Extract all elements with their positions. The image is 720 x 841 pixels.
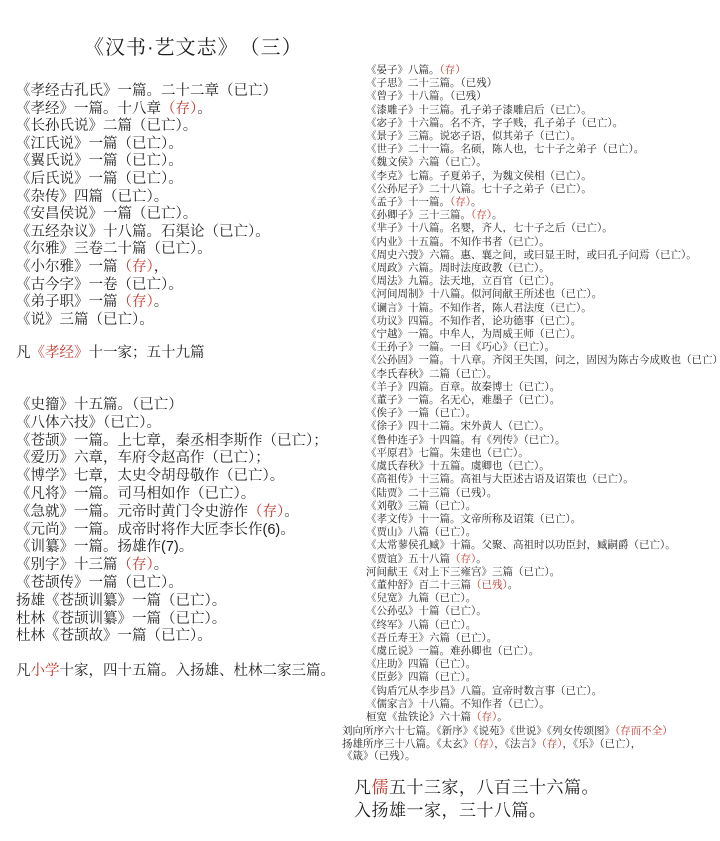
text-line: 《虞氏春秋》十五篇。虞卿也（已亡）。	[366, 460, 720, 473]
text-segment: 《臣彭》四篇（已亡）。	[366, 671, 476, 683]
text-segment: 《杂传》四篇（已亡）。	[16, 189, 168, 205]
text-segment: 《孝文传》十一篇。文帝所称及诏策（已亡）。	[366, 513, 581, 525]
text-segment: 。	[508, 579, 519, 591]
text-segment: 《后氏说》一篇（已亡）。	[16, 171, 183, 187]
text-segment: 《安昌侯说》一篇（已亡）。	[16, 206, 197, 222]
text-line: 《博学》七章，太史令胡母敬作（已亡）。	[16, 468, 328, 486]
text-segment: 《芈子》十八篇。名婴，齐人，七十子之后（已亡）。	[366, 222, 613, 234]
text-segment: 《贾山》八篇（已亡）。	[366, 526, 476, 538]
text-segment: 《晏子》八篇。	[366, 64, 440, 76]
text-segment: 《景子》三篇。说宓子语，似其弟子（已亡）。	[366, 130, 581, 142]
text-segment: 《训纂》一篇。扬雄作(7)。	[16, 539, 193, 555]
text-line: 《王孙子》一篇。一曰《巧心》（已亡）。	[366, 341, 720, 354]
text-segment: 《河间周制》十八篇。似河间献王所述也（已亡）。	[366, 288, 602, 300]
text-line: 《杂传》四篇（已亡）。	[16, 189, 277, 207]
status-annotation-red: （存）	[118, 259, 154, 275]
status-annotation-red: （存而不全）	[615, 725, 673, 737]
text-line: 《曾子》十八篇。（已残）	[366, 90, 720, 103]
text-segment: 《弟子职》一篇	[16, 294, 118, 310]
text-segment: 《兒宽》九篇（已亡）。	[366, 592, 476, 604]
xiaoxue-summary: 凡小学十家，四十五篇。入扬雄、杜林二家三篇。	[16, 662, 335, 680]
text-segment: 《凡将》一篇。司马相如作（已亡）。	[16, 486, 255, 502]
text-line: 《贾谊》五十八篇（存）。	[366, 553, 720, 566]
status-annotation-red: （存）	[440, 64, 466, 76]
text-segment: 《虞氏春秋》十五篇。虞卿也（已亡）。	[366, 460, 550, 472]
text-segment: 凡	[16, 345, 31, 361]
text-segment: 《魏文侯》六篇（已亡）。	[366, 156, 487, 168]
text-line: 《说》三篇（已亡）。	[16, 312, 277, 330]
text-segment: 《陆贾》二十三篇（已残）。	[366, 487, 497, 499]
text-segment: 杜林《苍颉训纂》一篇（已亡）。	[16, 611, 226, 627]
text-line: 《尔雅》三卷二十篇（已亡）。	[16, 241, 277, 259]
text-segment: 《尔雅》三卷二十篇（已亡）。	[16, 241, 212, 257]
ru-school-entry-list: 《晏子》八篇。（存）《子思》二十三篇。（已残）《曾子》十八篇。（已残）《漆雕子》…	[366, 64, 720, 724]
text-segment: 《钩盾冗从李步昌》八篇。宣帝时数言事（已亡）。	[366, 685, 602, 697]
text-line: 《孝经古孔氏》一篇。二十二章（已亡）	[16, 83, 277, 101]
text-segment: 《曾子》十八篇。（已残）	[366, 90, 487, 102]
text-segment: 《古今字》一卷（已亡）。	[16, 277, 183, 293]
text-line: 《孝经》一篇。十八章（存）。	[16, 101, 277, 119]
text-line: 《漆雕子》十三篇。孔子弟子漆雕启后（已亡）。	[366, 104, 720, 117]
text-segment: 《说》三篇（已亡）。	[16, 312, 154, 328]
text-segment: 《史籀》十五篇。（已亡）	[16, 397, 183, 413]
text-line: 《别字》十三篇（存）。	[16, 557, 328, 575]
text-segment: 《王孙子》一篇。一曰《巧心》（已亡）。	[366, 341, 555, 353]
text-segment: 。	[154, 294, 169, 310]
text-segment: 。	[497, 711, 508, 723]
status-annotation-red: 儒	[372, 778, 390, 797]
text-segment: 《公孙尼子》二十八篇。七十子之弟子（已亡）。	[366, 183, 592, 195]
liuxiang-yangxiong-collection-lines: 刘向所序六十七篇。《新序》《说苑》《世说》《列女传颂图》（存而不全）扬雄所序三十…	[342, 725, 673, 763]
status-annotation-red: 小学	[31, 663, 60, 679]
status-annotation-red: （存）	[471, 711, 497, 723]
text-segment: 《李氏春秋》二篇（已亡）。	[366, 368, 497, 380]
text-line: 《爱历》六章，车府令赵高作（已亡）；	[16, 450, 328, 468]
text-line: 刘向所序六十七篇。《新序》《说苑》《世说》《列女传颂图》（存而不全）	[342, 725, 673, 738]
text-line: 《五经杂议》十八篇。石渠论（已亡）。	[16, 224, 277, 242]
text-line: 凡儒五十三家，八百三十六篇。	[354, 777, 599, 800]
text-line: 《吾丘寿王》六篇（已亡）。	[366, 632, 720, 645]
text-segment: 河间献王《对上下三雍宫》三篇（已亡）。	[366, 566, 560, 578]
text-segment: 《孝经古孔氏》一篇。二十二章（已亡）	[16, 83, 277, 99]
text-segment: 《苍颉传》一篇（已亡）。	[16, 575, 183, 591]
text-segment: 《羊子》四篇。百章。故秦博士（已亡）。	[366, 381, 560, 393]
text-segment: 《急就》一篇。元帝时黄门令史游作	[16, 504, 248, 520]
text-segment: 《别字》十三篇	[16, 557, 118, 573]
ru-school-summary: 凡儒五十三家，八百三十六篇。入扬雄一家，三十八篇。	[354, 777, 599, 822]
text-segment: 《董仲舒》百二十三篇	[366, 579, 471, 591]
text-line: 《安昌侯说》一篇（已亡）。	[16, 206, 277, 224]
text-line: 《苍颉传》一篇（已亡）。	[16, 575, 328, 593]
text-line: 河间献王《对上下三雍宫》三篇（已亡）。	[366, 566, 720, 579]
text-segment: 《庄助》四篇（已亡）。	[366, 658, 476, 670]
text-line: 《古今字》一卷（已亡）。	[16, 277, 277, 295]
text-line: 《凡将》一篇。司马相如作（已亡）。	[16, 486, 328, 504]
text-line: 《董仲舒》百二十三篇（已残）。	[366, 579, 720, 592]
text-line: 《训纂》一篇。扬雄作(7)。	[16, 539, 328, 557]
page-title: 《汉书·艺文志》 （三）	[84, 31, 303, 60]
text-line: 《子思》二十三篇。（已残）	[366, 77, 720, 90]
text-segment: 《翼氏说》一篇（已亡）。	[16, 153, 183, 169]
text-line: 《江氏说》一篇（已亡）。	[16, 136, 277, 154]
xiaojing-summary: 凡《孝经》十一家；五十九篇	[16, 344, 205, 362]
text-line: 《徐子》四十二篇。宋外黄人（已亡）。	[366, 420, 720, 433]
text-line: 《孝文传》十一篇。文帝所称及诏策（已亡）。	[366, 513, 720, 526]
text-line: 《李氏春秋》二篇（已亡）。	[366, 368, 720, 381]
text-line: 《儒家言》十八篇。不知作者（已亡）。	[366, 698, 720, 711]
text-line: 《俟子》一篇（已亡）。	[366, 407, 720, 420]
text-segment: 《周政》六篇。周时法度政教（已亡）。	[366, 262, 550, 274]
text-line: 《谰言》十篇。不知作者，陈人君法度（已亡）。	[366, 302, 720, 315]
text-line: 《羊子》四篇。百章。故秦博士（已亡）。	[366, 381, 720, 394]
status-annotation-red: （存）	[248, 504, 284, 520]
text-line: 《周政》六篇。周时法度政教（已亡）。	[366, 262, 720, 275]
status-annotation-red: （存）	[161, 101, 197, 117]
text-segment: 。	[154, 557, 169, 573]
text-line: 《董子》一篇。名无心，难墨子（已亡）。	[366, 394, 720, 407]
text-segment: 桓宽《盐铁论》六十篇	[366, 711, 471, 723]
text-segment: 《刘敬》三篇（已亡）。	[366, 500, 476, 512]
text-line: 《八体六技》（已亡）。	[16, 415, 328, 433]
text-segment: 《虞丘说》一篇。难孙卿也（已亡）。	[366, 645, 539, 657]
text-segment: 《五经杂议》十八篇。石渠论（已亡）。	[16, 224, 270, 240]
status-annotation-red: （存）	[471, 209, 492, 221]
text-segment: 《太常蓼侯孔臧》十篇。父聚、高祖时以功臣封，臧嗣爵（已亡）。	[366, 539, 676, 551]
text-segment: 凡	[354, 778, 372, 797]
text-line: 《公孙固》一篇。十八章。齐闵王失国，问之，固因为陈古今成败也（已亡）	[366, 354, 720, 367]
text-segment: 《长孙氏说》二篇（已亡）。	[16, 118, 197, 134]
status-annotation-red: 《孝经》	[31, 345, 89, 361]
text-line: 《鲁仲连子》十四篇。有《列传》（已亡）。	[366, 434, 720, 447]
text-segment: 《董子》一篇。名无心，难墨子（已亡）。	[366, 394, 560, 406]
text-segment: 。	[197, 101, 212, 117]
text-line: 《晏子》八篇。（存）	[366, 64, 720, 77]
text-line: 《内业》十五篇。不知作书者（已亡）。	[366, 236, 720, 249]
text-segment: 《吾丘寿王》六篇（已亡）。	[366, 632, 497, 644]
text-segment: 《孙卿子》三十三篇。	[366, 209, 471, 221]
status-annotation-red: （存）	[542, 738, 563, 750]
text-segment: 《谰言》十篇。不知作者，陈人君法度（已亡）。	[366, 302, 592, 314]
text-segment: 《小尔雅》一篇	[16, 259, 118, 275]
text-segment: 《八体六技》（已亡）。	[16, 415, 161, 431]
text-segment: 《子思》二十三篇。（已残）	[366, 77, 497, 89]
text-line: 《急就》一篇。元帝时黄门令史游作（存）。	[16, 504, 328, 522]
text-line: 《公孙弘》十篇（已亡）。	[366, 605, 720, 618]
text-line: 《后氏说》一篇（已亡）。	[16, 171, 277, 189]
status-annotation-red: （存）	[118, 294, 154, 310]
text-line: 凡《孝经》十一家；五十九篇	[16, 344, 205, 362]
text-line: 《小尔雅》一篇（存），	[16, 259, 277, 277]
text-line: 《终军》八篇（已亡）。	[366, 619, 720, 632]
text-segment: 十家，四十五篇。入扬雄、杜林二家三篇。	[60, 663, 336, 679]
text-segment: 《爱历》六章，车府令赵高作（已亡）；	[16, 450, 270, 466]
text-segment: 《内业》十五篇。不知作书者（已亡）。	[366, 236, 550, 248]
xiaoxue-section-list: 《史籀》十五篇。（已亡）《八体六技》（已亡）。《苍颉》一篇。上七章，秦丞相李斯作…	[16, 397, 328, 646]
text-line: 《翼氏说》一篇（已亡）。	[16, 153, 277, 171]
text-segment: 《公孙弘》十篇（已亡）。	[366, 605, 487, 617]
text-segment: 《宁越》一篇。中牟人，为周威王师（已亡）。	[366, 328, 581, 340]
text-line: 凡小学十家，四十五篇。入扬雄、杜林二家三篇。	[16, 662, 335, 680]
text-segment: 。	[492, 209, 503, 221]
text-line: 《宁越》一篇。中牟人，为周威王师（已亡）。	[366, 328, 720, 341]
text-segment: 《宓子》十六篇。名不齐，字子贱，孔子弟子（已亡）。	[366, 117, 623, 129]
text-segment: 《苍颉》一篇。上七章，秦丞相李斯作（已亡）；	[16, 433, 328, 449]
text-segment: 十一家；五十九篇	[89, 345, 205, 361]
text-line: 扬雄《苍颉训纂》一篇（已亡）。	[16, 593, 328, 611]
text-line: 《孙卿子》三十三篇。（存）。	[366, 209, 720, 222]
text-segment: 《周法》九篇。法天地，立百官（已亡）。	[366, 275, 560, 287]
text-segment: 《徐子》四十二篇。宋外黄人（已亡）。	[366, 420, 550, 432]
text-line: 入扬雄一家，三十八篇。	[354, 800, 599, 823]
status-annotation-red: （存）	[450, 553, 476, 565]
text-segment: 《孟子》十一篇。	[366, 196, 450, 208]
text-line: 《弟子职》一篇（存）。	[16, 294, 277, 312]
text-line: 《魏文侯》六篇（已亡）。	[366, 156, 720, 169]
text-line: 《臣彭》四篇（已亡）。	[366, 671, 720, 684]
text-segment: 杜林《苍颉故》一篇（已亡）。	[16, 628, 212, 644]
text-line: 《公孙尼子》二十八篇。七十子之弟子（已亡）。	[366, 183, 720, 196]
text-line: 《兒宽》九篇（已亡）。	[366, 592, 720, 605]
text-segment: 《李克》七篇。子夏弟子，为魏文侯相（已亡）。	[366, 170, 592, 182]
text-segment: 《高祖传》十三篇。高祖与大臣述古语及诏策也（已亡）。	[366, 473, 634, 485]
status-annotation-red: （存）	[473, 738, 494, 750]
text-segment: ，《法言》	[494, 738, 541, 750]
text-segment: 。	[471, 196, 482, 208]
text-segment: 《儒家言》十八篇。不知作者（已亡）。	[366, 698, 550, 710]
text-segment: 刘向所序六十七篇。《新序》《说苑》《世说》《列女传颂图》	[342, 725, 615, 737]
text-line: 扬雄所序三十八篇。《太玄》（存），《法言》（存），《乐》（已亡），	[342, 738, 673, 751]
text-segment: 《功议》四篇。不知作者，论功德事（已亡）。	[366, 315, 581, 327]
text-segment: 扬雄《苍颉训纂》一篇（已亡）。	[16, 593, 226, 609]
document-page: 《汉书·艺文志》 （三） 《孝经古孔氏》一篇。二十二章（已亡）《孝经》一篇。十八…	[0, 0, 720, 841]
text-segment: 《江氏说》一篇（已亡）。	[16, 136, 183, 152]
text-line: 《世子》二十一篇。名硕，陈人也，七十子之弟子（已亡）。	[366, 143, 720, 156]
text-line: 《虞丘说》一篇。难孙卿也（已亡）。	[366, 645, 720, 658]
text-line: 《高祖传》十三篇。高祖与大臣述古语及诏策也（已亡）。	[366, 473, 720, 486]
text-line: 《庄助》四篇（已亡）。	[366, 658, 720, 671]
xiaojing-section-list: 《孝经古孔氏》一篇。二十二章（已亡）《孝经》一篇。十八章（存）。《长孙氏说》二篇…	[16, 83, 277, 329]
text-segment: 。	[476, 553, 487, 565]
text-line: 《刘敬》三篇（已亡）。	[366, 500, 720, 513]
text-line: 桓宽《盐铁论》六十篇（存）。	[366, 711, 720, 724]
text-line: 《元尚》一篇。成帝时将作大匠李长作(6)。	[16, 522, 328, 540]
text-segment: 《贾谊》五十八篇	[366, 553, 450, 565]
status-annotation-red: （存）	[450, 196, 471, 208]
text-line: 《周史六弢》六篇。惠、襄之间，或曰显王时，或曰孔子问焉（已亡）。	[366, 249, 720, 262]
text-segment: 《漆雕子》十三篇。孔子弟子漆雕启后（已亡）。	[366, 104, 592, 116]
text-line: 《芈子》十八篇。名婴，齐人，七十子之后（已亡）。	[366, 222, 720, 235]
text-line: 《长孙氏说》二篇（已亡）。	[16, 118, 277, 136]
text-segment: 凡	[16, 663, 31, 679]
text-segment: 《孝经》一篇。十八章	[16, 101, 161, 117]
text-segment: 《终军》八篇（已亡）。	[366, 619, 476, 631]
text-line: 《箴》（已残）。	[342, 750, 673, 763]
text-segment: 入扬雄一家，三十八篇。	[354, 801, 547, 820]
text-line: 《史籀》十五篇。（已亡）	[16, 397, 328, 415]
text-segment: ，《乐》（已亡），	[563, 738, 642, 750]
text-segment: 《周史六弢》六篇。惠、襄之间，或曰显王时，或曰孔子问焉（已亡）。	[366, 249, 697, 261]
text-line: 《苍颉》一篇。上七章，秦丞相李斯作（已亡）；	[16, 433, 328, 451]
text-segment: 《箴》（已残）。	[342, 750, 416, 762]
text-segment: 《世子》二十一篇。名硕，陈人也，七十子之弟子（已亡）。	[366, 143, 644, 155]
text-line: 杜林《苍颉故》一篇（已亡）。	[16, 628, 328, 646]
text-line: 《太常蓼侯孔臧》十篇。父聚、高祖时以功臣封，臧嗣爵（已亡）。	[366, 539, 720, 552]
text-line: 《河间周制》十八篇。似河间献王所述也（已亡）。	[366, 288, 720, 301]
text-line: 《周法》九篇。法天地，立百官（已亡）。	[366, 275, 720, 288]
text-segment: 五十三家，八百三十六篇。	[389, 778, 599, 797]
text-line: 《陆贾》二十三篇（已残）。	[366, 487, 720, 500]
text-line: 《宓子》十六篇。名不齐，字子贱，孔子弟子（已亡）。	[366, 117, 720, 130]
status-annotation-red: （已残）	[471, 579, 508, 591]
text-line: 《景子》三篇。说宓子语，似其弟子（已亡）。	[366, 130, 720, 143]
text-line: 《平原君》七篇。朱建也（已亡）。	[366, 447, 720, 460]
text-line: 《钩盾冗从李步昌》八篇。宣帝时数言事（已亡）。	[366, 685, 720, 698]
text-line: 《孟子》十一篇。（存）。	[366, 196, 720, 209]
text-line: 《贾山》八篇（已亡）。	[366, 526, 720, 539]
text-segment: 扬雄所序三十八篇。《太玄》	[342, 738, 473, 750]
text-segment: 《平原君》七篇。朱建也（已亡）。	[366, 447, 529, 459]
text-segment: 《鲁仲连子》十四篇。有《列传》（已亡）。	[366, 434, 566, 446]
text-line: 杜林《苍颉训纂》一篇（已亡）。	[16, 611, 328, 629]
text-segment: 。	[284, 504, 299, 520]
text-segment: 《俟子》一篇（已亡）。	[366, 407, 476, 419]
text-segment: 《博学》七章，太史令胡母敬作（已亡）。	[16, 468, 284, 484]
text-line: 《功议》四篇。不知作者，论功德事（已亡）。	[366, 315, 720, 328]
status-annotation-red: （存）	[118, 557, 154, 573]
text-segment: ，	[154, 259, 169, 275]
text-segment: 《元尚》一篇。成帝时将作大匠李长作(6)。	[16, 522, 295, 538]
text-line: 《李克》七篇。子夏弟子，为魏文侯相（已亡）。	[366, 170, 720, 183]
text-segment: 《公孙固》一篇。十八章。齐闵王失国，问之，固因为陈古今成败也（已亡）	[366, 354, 720, 366]
